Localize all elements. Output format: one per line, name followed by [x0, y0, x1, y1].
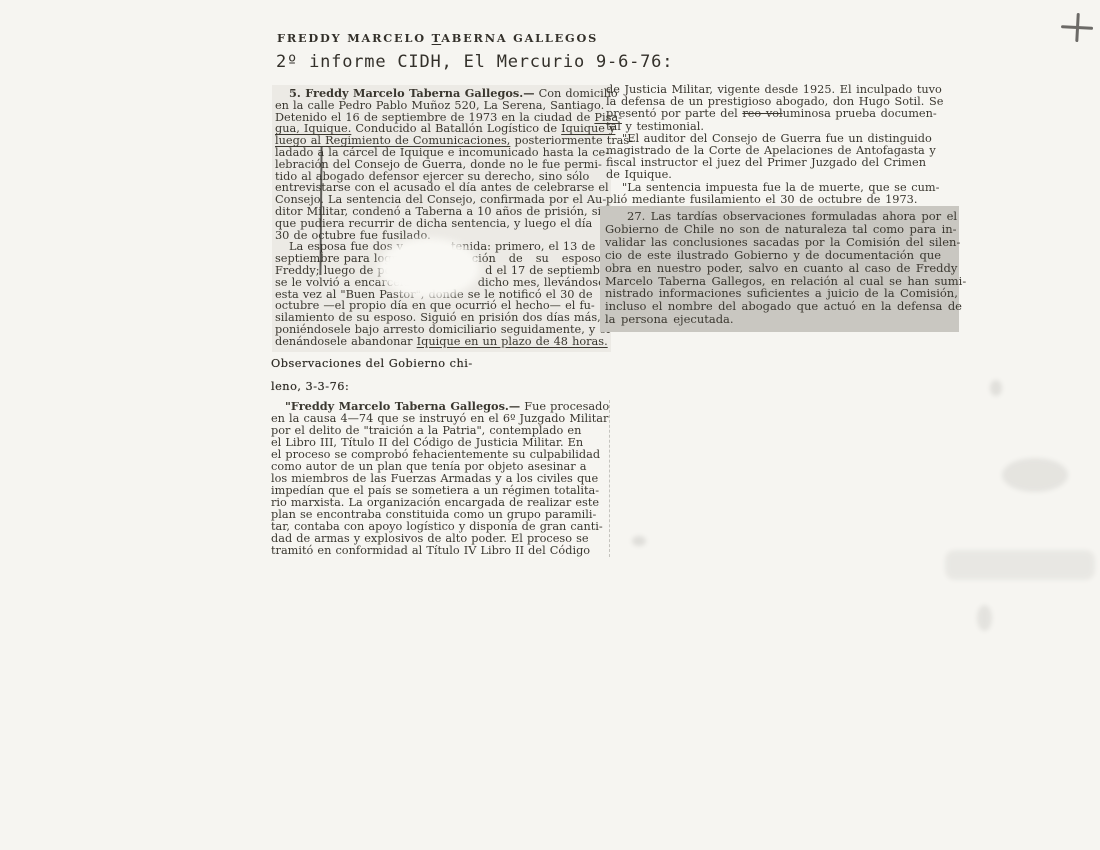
scan-smudge [632, 536, 646, 546]
text-line: denándosele abandonar Iquique en un plaz… [275, 336, 611, 348]
white-smudge-artifact [378, 238, 480, 298]
document-title: FREDDY MARCELO TABERNA GALLEGOS [277, 31, 598, 45]
section-heading-observaciones: Observaciones del Gobierno chi-leno, 3-3… [271, 352, 473, 398]
scanned-document-page: FREDDY MARCELO TABERNA GALLEGOS 2º infor… [0, 0, 1100, 850]
text-line: la persona ejecutada. [605, 313, 957, 326]
text-line: tramitó en conformidad al Título IV Libr… [271, 545, 605, 557]
right-column-text: de Justicia Militar, vigente desde 1925.… [606, 84, 956, 206]
paragraph-government-observations: "Freddy Marcelo Taberna Gallegos.— Fue p… [271, 400, 610, 557]
crop-mark-icon [1060, 11, 1094, 45]
text-line: FREDDY MARCELO TABERNA GALLEGOS [277, 31, 598, 45]
document-subtitle: 2º informe CIDH, El Mercurio 9-6-76: [276, 52, 673, 72]
paragraph-case-summary: 5. Freddy Marcelo Taberna Gallegos.— Con… [272, 85, 611, 352]
text-line: plió mediante fusilamiento el 30 de octu… [606, 194, 956, 206]
scan-smudge [945, 550, 1095, 580]
paragraph-27-highlighted: 27. Las tardías observaciones formuladas… [600, 206, 959, 332]
scan-smudge [977, 605, 992, 631]
paragraph-auditor: "El auditor del Consejo de Guerra fue un… [606, 133, 956, 182]
scan-smudge [1002, 458, 1068, 492]
paragraph-sentence: "La sentencia impuesta fue la de muerte,… [606, 182, 956, 206]
text-line: Observaciones del Gobierno chi- [271, 352, 473, 375]
scan-smudge [990, 380, 1002, 396]
text-line: leno, 3-3-76: [271, 375, 473, 398]
paragraph-justice-continuation: de Justicia Militar, vigente desde 1925.… [606, 84, 956, 133]
